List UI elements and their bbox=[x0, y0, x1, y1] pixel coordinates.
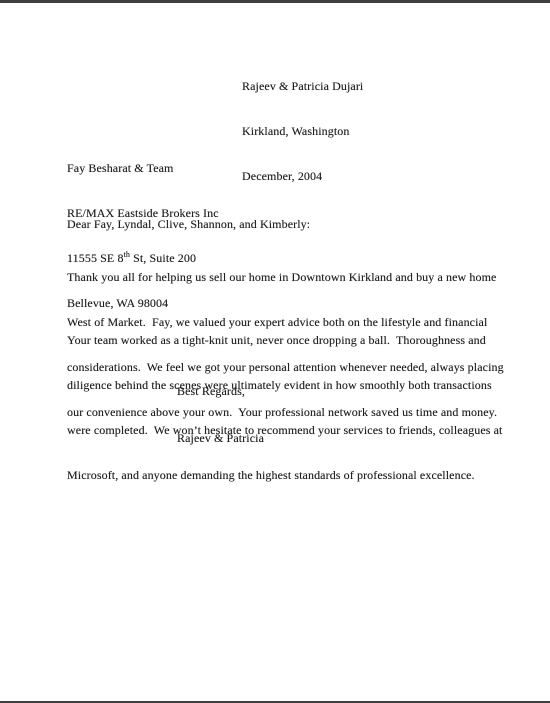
paragraph-line: diligence behind the scenes were ultimat… bbox=[67, 378, 502, 393]
signature-line: Rajeev & Patricia bbox=[177, 431, 264, 446]
paragraph-line: were completed. We won’t hesitate to rec… bbox=[67, 423, 502, 438]
sender-address-block: Rajeev & Patricia Dujari Kirkland, Washi… bbox=[242, 49, 363, 214]
paragraph-line: Thank you all for helping us sell our ho… bbox=[67, 270, 504, 285]
sender-city: Kirkland, Washington bbox=[242, 124, 363, 139]
closing-line: Best Regards, bbox=[177, 384, 245, 399]
page-border-top bbox=[0, 0, 550, 3]
recipient-name: Fay Besharat & Team bbox=[67, 161, 219, 176]
sender-name: Rajeev & Patricia Dujari bbox=[242, 79, 363, 94]
scanned-letter-page: Rajeev & Patricia Dujari Kirkland, Washi… bbox=[0, 0, 550, 703]
paragraph-line: Your team worked as a tight-knit unit, n… bbox=[67, 333, 502, 348]
paragraph-line: Microsoft, and anyone demanding the high… bbox=[67, 468, 502, 483]
body-paragraph-2: Your team worked as a tight-knit unit, n… bbox=[67, 303, 502, 513]
letter-date: December, 2004 bbox=[242, 169, 363, 184]
salutation: Dear Fay, Lyndal, Clive, Shannon, and Ki… bbox=[67, 217, 310, 232]
